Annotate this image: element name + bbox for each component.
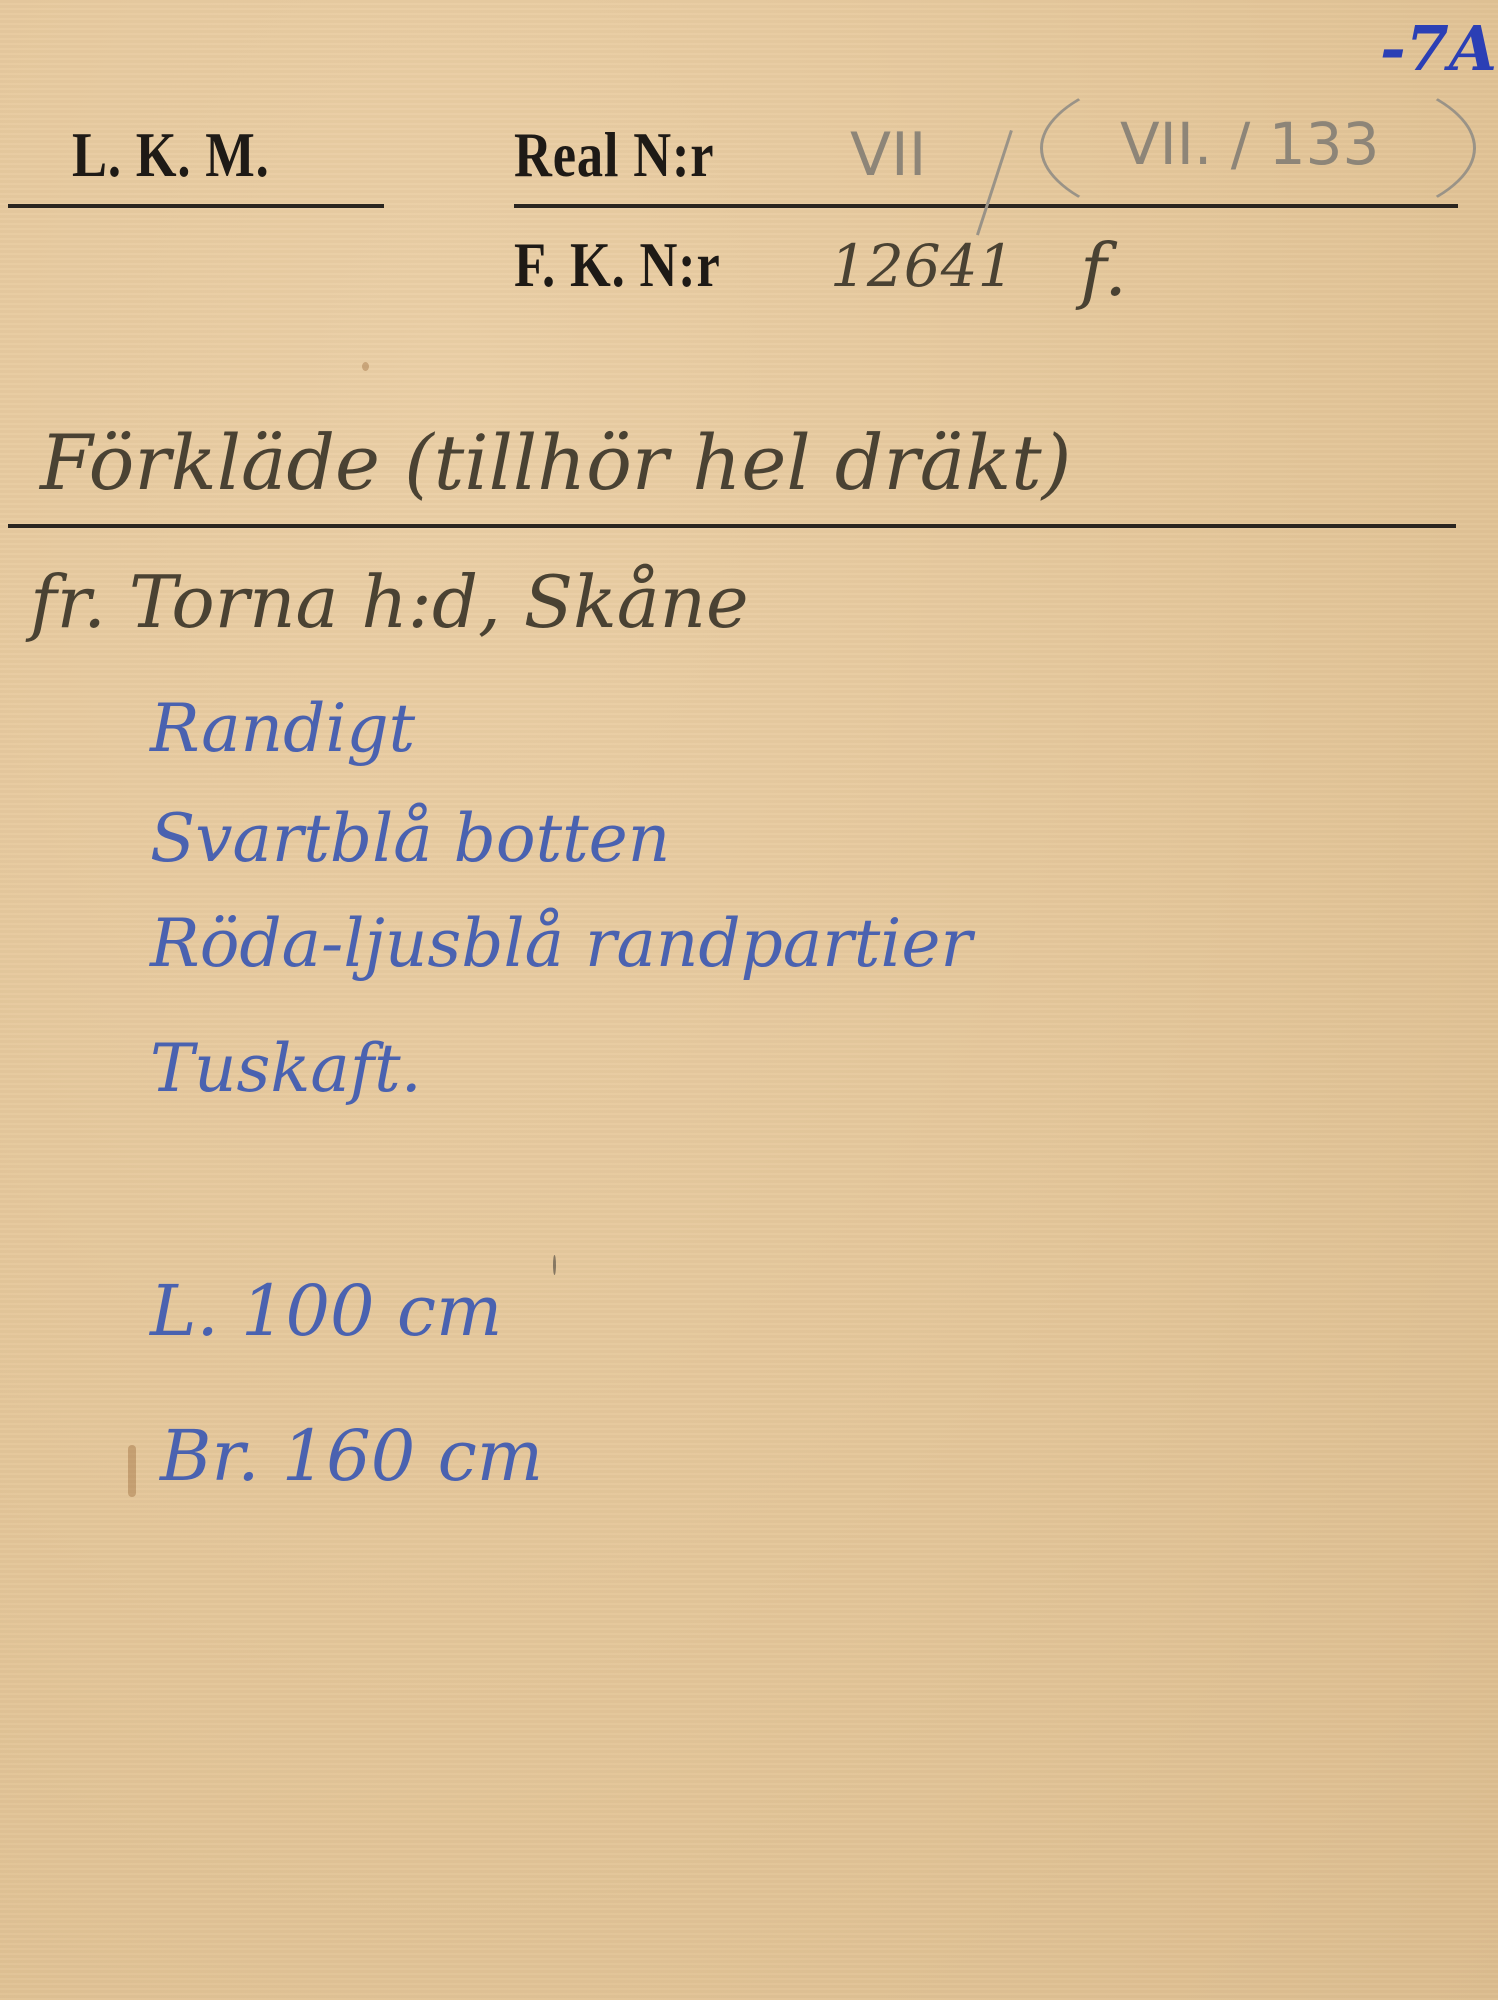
real-number-label: Real N:r [514, 118, 714, 192]
description-line: Röda-ljusblå randpartier [150, 905, 972, 982]
paper-spot [362, 362, 369, 371]
real-number-value: VII [850, 120, 926, 190]
catalogue-card: L. K. M. Real N:r VII VII. / 133 -7A F. … [0, 0, 1498, 2000]
description-line: Svartblå botten [150, 800, 670, 877]
paper-mark [553, 1255, 556, 1275]
provenance-text: fr. Torna h:d, Skåne [30, 560, 749, 644]
measurement-width: Br. 160 cm [160, 1415, 543, 1497]
real-number-parenthetical: VII. / 133 [1120, 110, 1379, 178]
fk-number-value: 12641 [830, 232, 1015, 300]
measurement-length: L. 100 cm [150, 1270, 502, 1352]
fk-number-suffix: f. [1080, 228, 1127, 312]
institution-underline [8, 204, 384, 208]
corner-mark: -7A [1380, 12, 1497, 85]
institution-label: L. K. M. [72, 118, 270, 192]
description-line: Tuskaft. [150, 1030, 422, 1107]
pencil-slash-mark [976, 130, 1013, 236]
paper-stain [128, 1445, 136, 1497]
object-title: Förkläde (tillhör hel dräkt) [40, 418, 1071, 507]
fk-number-label: F. K. N:r [514, 228, 721, 302]
title-underline [8, 524, 1456, 528]
description-line: Randigt [150, 690, 415, 767]
